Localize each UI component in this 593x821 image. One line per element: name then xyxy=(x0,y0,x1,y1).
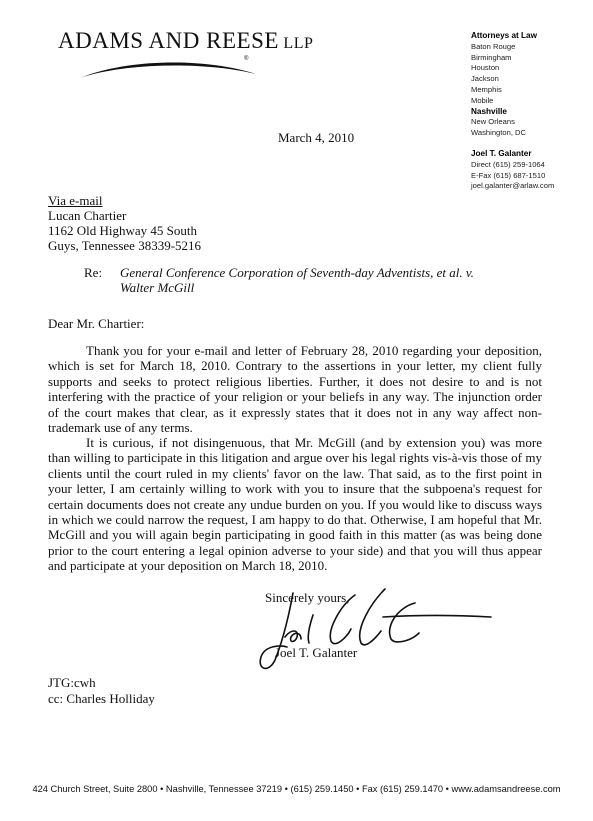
typist-initials: JTG:cwh xyxy=(48,675,155,691)
office-washington-dc: Washington, DC xyxy=(471,128,554,139)
office-jackson: Jackson xyxy=(471,74,554,85)
registered-mark: ® xyxy=(244,56,248,62)
recipient-name: Lucan Chartier xyxy=(48,208,201,223)
recipient-street: 1162 Old Highway 45 South xyxy=(48,223,201,238)
body-paragraph-2: It is curious, if not disingenuous, that… xyxy=(48,435,542,574)
recipient-address: Via e-mail Lucan Chartier 1162 Old Highw… xyxy=(48,193,201,253)
office-birmingham: Birmingham xyxy=(471,53,554,64)
recipient-city: Guys, Tennessee 38339-5216 xyxy=(48,238,201,253)
office-mobile: Mobile xyxy=(471,96,554,107)
salutation: Dear Mr. Chartier: xyxy=(48,316,144,332)
sidebar-heading: Attorneys at Law xyxy=(471,31,554,42)
office-list: Baton RougeBirminghamHoustonJacksonMemph… xyxy=(471,42,554,139)
re-subject-line-1: General Conference Corporation of Sevent… xyxy=(120,265,560,280)
attorney-direct-phone: Direct (615) 259-1064 xyxy=(471,160,554,171)
cc-line: cc: Charles Holliday xyxy=(48,691,155,707)
logo-swoosh-icon xyxy=(78,56,258,80)
firm-suffix: LLP xyxy=(283,35,313,52)
letterhead-footer: 424 Church Street, Suite 2800 • Nashvill… xyxy=(0,784,593,794)
initials-block: JTG:cwh cc: Charles Holliday xyxy=(48,675,155,706)
office-sidebar: Attorneys at Law Baton RougeBirminghamHo… xyxy=(471,31,554,192)
office-memphis: Memphis xyxy=(471,85,554,96)
attorney-name: Joel T. Galanter xyxy=(471,149,554,160)
signer-name: Joel T. Galanter xyxy=(275,645,357,661)
re-subject-line-2: Walter McGill xyxy=(120,280,560,295)
office-houston: Houston xyxy=(471,63,554,74)
letter-date: March 4, 2010 xyxy=(278,130,354,146)
re-subject: General Conference Corporation of Sevent… xyxy=(120,265,560,295)
firm-logo: ADAMS AND REESE LLP xyxy=(58,28,313,54)
re-label: Re: xyxy=(84,265,102,280)
signature-icon xyxy=(255,585,495,675)
office-new-orleans: New Orleans xyxy=(471,117,554,128)
attorney-efax: E-Fax (615) 687-1510 xyxy=(471,171,554,182)
attorney-email[interactable]: joel.galanter@arlaw.com xyxy=(471,181,554,192)
office-nashville: Nashville xyxy=(471,107,554,118)
body-paragraph-1: Thank you for your e-mail and letter of … xyxy=(48,343,542,435)
office-baton-rouge: Baton Rouge xyxy=(471,42,554,53)
delivery-method: Via e-mail xyxy=(48,193,201,208)
firm-name: ADAMS AND REESE xyxy=(58,28,279,53)
